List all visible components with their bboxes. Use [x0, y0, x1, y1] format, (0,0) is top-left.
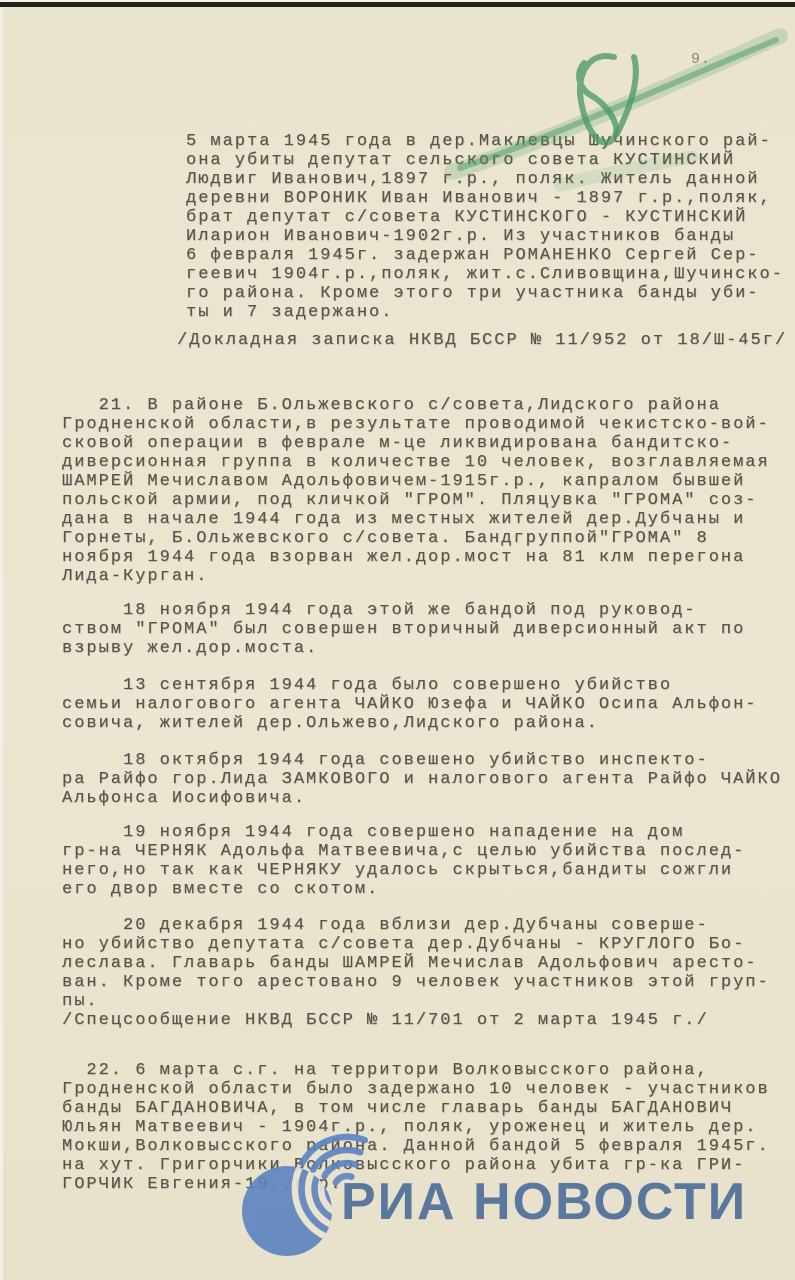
document-page: 9. 5 марта 1945 года в дер.Маклевцы Шучи… — [0, 0, 795, 1280]
text-line: пы. — [62, 992, 770, 1011]
text-line: гр-на ЧЕРНЯК Адольфа Матвеевича,с целью … — [62, 842, 745, 861]
typed-paragraph-21-dec20: 20 декабря 1944 года вблизи дер.Дубчаны … — [62, 916, 770, 1011]
watermark-text: РИА НОВОСТИ — [341, 1176, 747, 1228]
text-line: 6 февраля 1945г. задержан РОМАНЕНКО Серг… — [186, 246, 784, 265]
text-line: геевич 1904г.р.,поляк, жит.с.Сливовщина,… — [186, 265, 784, 284]
text-line: диверсионная группа в количестве 10 чело… — [62, 453, 770, 472]
text-line: Гродненской области,в результате проводи… — [62, 415, 770, 434]
text-line: 5 марта 1945 года в дер.Маклевцы Шучинск… — [186, 132, 784, 151]
text-line: Мокши,Волковысского района. Данной бандо… — [62, 1137, 770, 1156]
text-line: ра Райфо гор.Лида ЗАМКОВОГО и налогового… — [62, 770, 782, 789]
typed-paragraph-20-continuation: 5 марта 1945 года в дер.Маклевцы Шучинск… — [186, 132, 784, 322]
typed-paragraph-21-oct18: 18 октября 1944 года совешено убийство и… — [62, 751, 782, 808]
text-line: Людвиг Иванович,1897 г.р., поляк. Житель… — [186, 170, 784, 189]
text-line: ван. Кроме того арестовано 9 человек уча… — [62, 973, 770, 992]
typed-paragraph-21-nov18: 18 ноября 1944 года этой же бандой под р… — [62, 601, 745, 658]
text-line: Альфонса Иосифовича. — [62, 789, 782, 808]
text-line: Гродненской области было задержано 10 че… — [62, 1080, 770, 1099]
text-line: Юльян Матвеевич - 1904г.р., поляк, уроже… — [62, 1118, 770, 1137]
text-line: 21. В районе Б.Ольжевского с/совета,Лидс… — [62, 396, 770, 415]
text-line: него,но так как ЧЕРНЯКУ удалось скрыться… — [62, 861, 745, 880]
text-line: она убиты депутат сельского совета КУСТИ… — [186, 151, 784, 170]
text-line: Иларион Иванович-1902г.р. Из участников … — [186, 227, 784, 246]
text-line: 22. 6 марта с.г. на территори Волковысск… — [62, 1061, 770, 1080]
typed-paragraph-21-nov19: 19 ноября 1944 года совершено нападение … — [62, 823, 745, 899]
text-line: семьи налогового агента ЧАЙКО Юзефа и ЧА… — [62, 695, 758, 714]
typed-paragraph-21: 21. В районе Б.Ольжевского с/совета,Лидс… — [62, 396, 770, 586]
page-number: 9. — [691, 50, 711, 69]
text-line: ты и 7 задержано. — [186, 303, 784, 322]
source-citation-2: /Спецсообщение НКВД БССР № 11/701 от 2 м… — [62, 1011, 709, 1030]
scan-edge-left — [0, 7, 3, 1280]
text-line: дана в начале 1944 года из местных жител… — [62, 510, 770, 529]
text-line: ШАМРЕЙ Мечиславом Адольфовичем-1915г.р.,… — [62, 472, 770, 491]
text-line: го района. Кроме этого три участника бан… — [186, 284, 784, 303]
text-line: леслава. Главарь банды ШАМРЕЙ Мечислав А… — [62, 954, 770, 973]
text-line: 19 ноября 1944 года совершено нападение … — [62, 823, 745, 842]
text-line: /Спецсообщение НКВД БССР № 11/701 от 2 м… — [62, 1011, 709, 1030]
text-line: Горнеты, Б.Ольжевского с/совета. Бандгру… — [62, 529, 770, 548]
scan-edge-top-dark — [0, 2, 795, 7]
text-line: сковой операции в феврале м-це ликвидиро… — [62, 434, 770, 453]
text-line: Лида-Курган. — [62, 567, 770, 586]
text-line: деревни ВОРОНИК Иван Иванович - 1897 г.р… — [186, 189, 784, 208]
text-line: ноября 1944 года взорван жел.дор.мост на… — [62, 548, 770, 567]
typed-paragraph-21-sep13: 13 сентября 1944 года было совершено уби… — [62, 676, 758, 733]
text-line: польской армии, под кличкой "ГРОМ". Пляц… — [62, 491, 770, 510]
text-line: ством "ГРОМА" был совершен вторичный див… — [62, 620, 745, 639]
text-line: его двор вместе со скотом. — [62, 880, 745, 899]
text-line: 20 декабря 1944 года вблизи дер.Дубчаны … — [62, 916, 770, 935]
text-line: /Докладная записка НКВД БССР № 11/952 от… — [177, 331, 787, 350]
text-line: брат депутат с/совета КУСТИНСКОГО - КУСТ… — [186, 208, 784, 227]
text-line: совича, жителей дер.Ольжево,Лидского рай… — [62, 714, 758, 733]
text-line: взрыву жел.дор.моста. — [62, 639, 745, 658]
source-citation-1: /Докладная записка НКВД БССР № 11/952 от… — [177, 331, 787, 350]
text-line: 18 октября 1944 года совешено убийство и… — [62, 751, 782, 770]
text-line: но убийство депутата с/совета дер.Дубчан… — [62, 935, 770, 954]
text-line: банды БАГДАНОВИЧА, в том числе главарь б… — [62, 1099, 770, 1118]
text-line: 18 ноября 1944 года этой же бандой под р… — [62, 601, 745, 620]
text-line: 13 сентября 1944 года было совершено уби… — [62, 676, 758, 695]
